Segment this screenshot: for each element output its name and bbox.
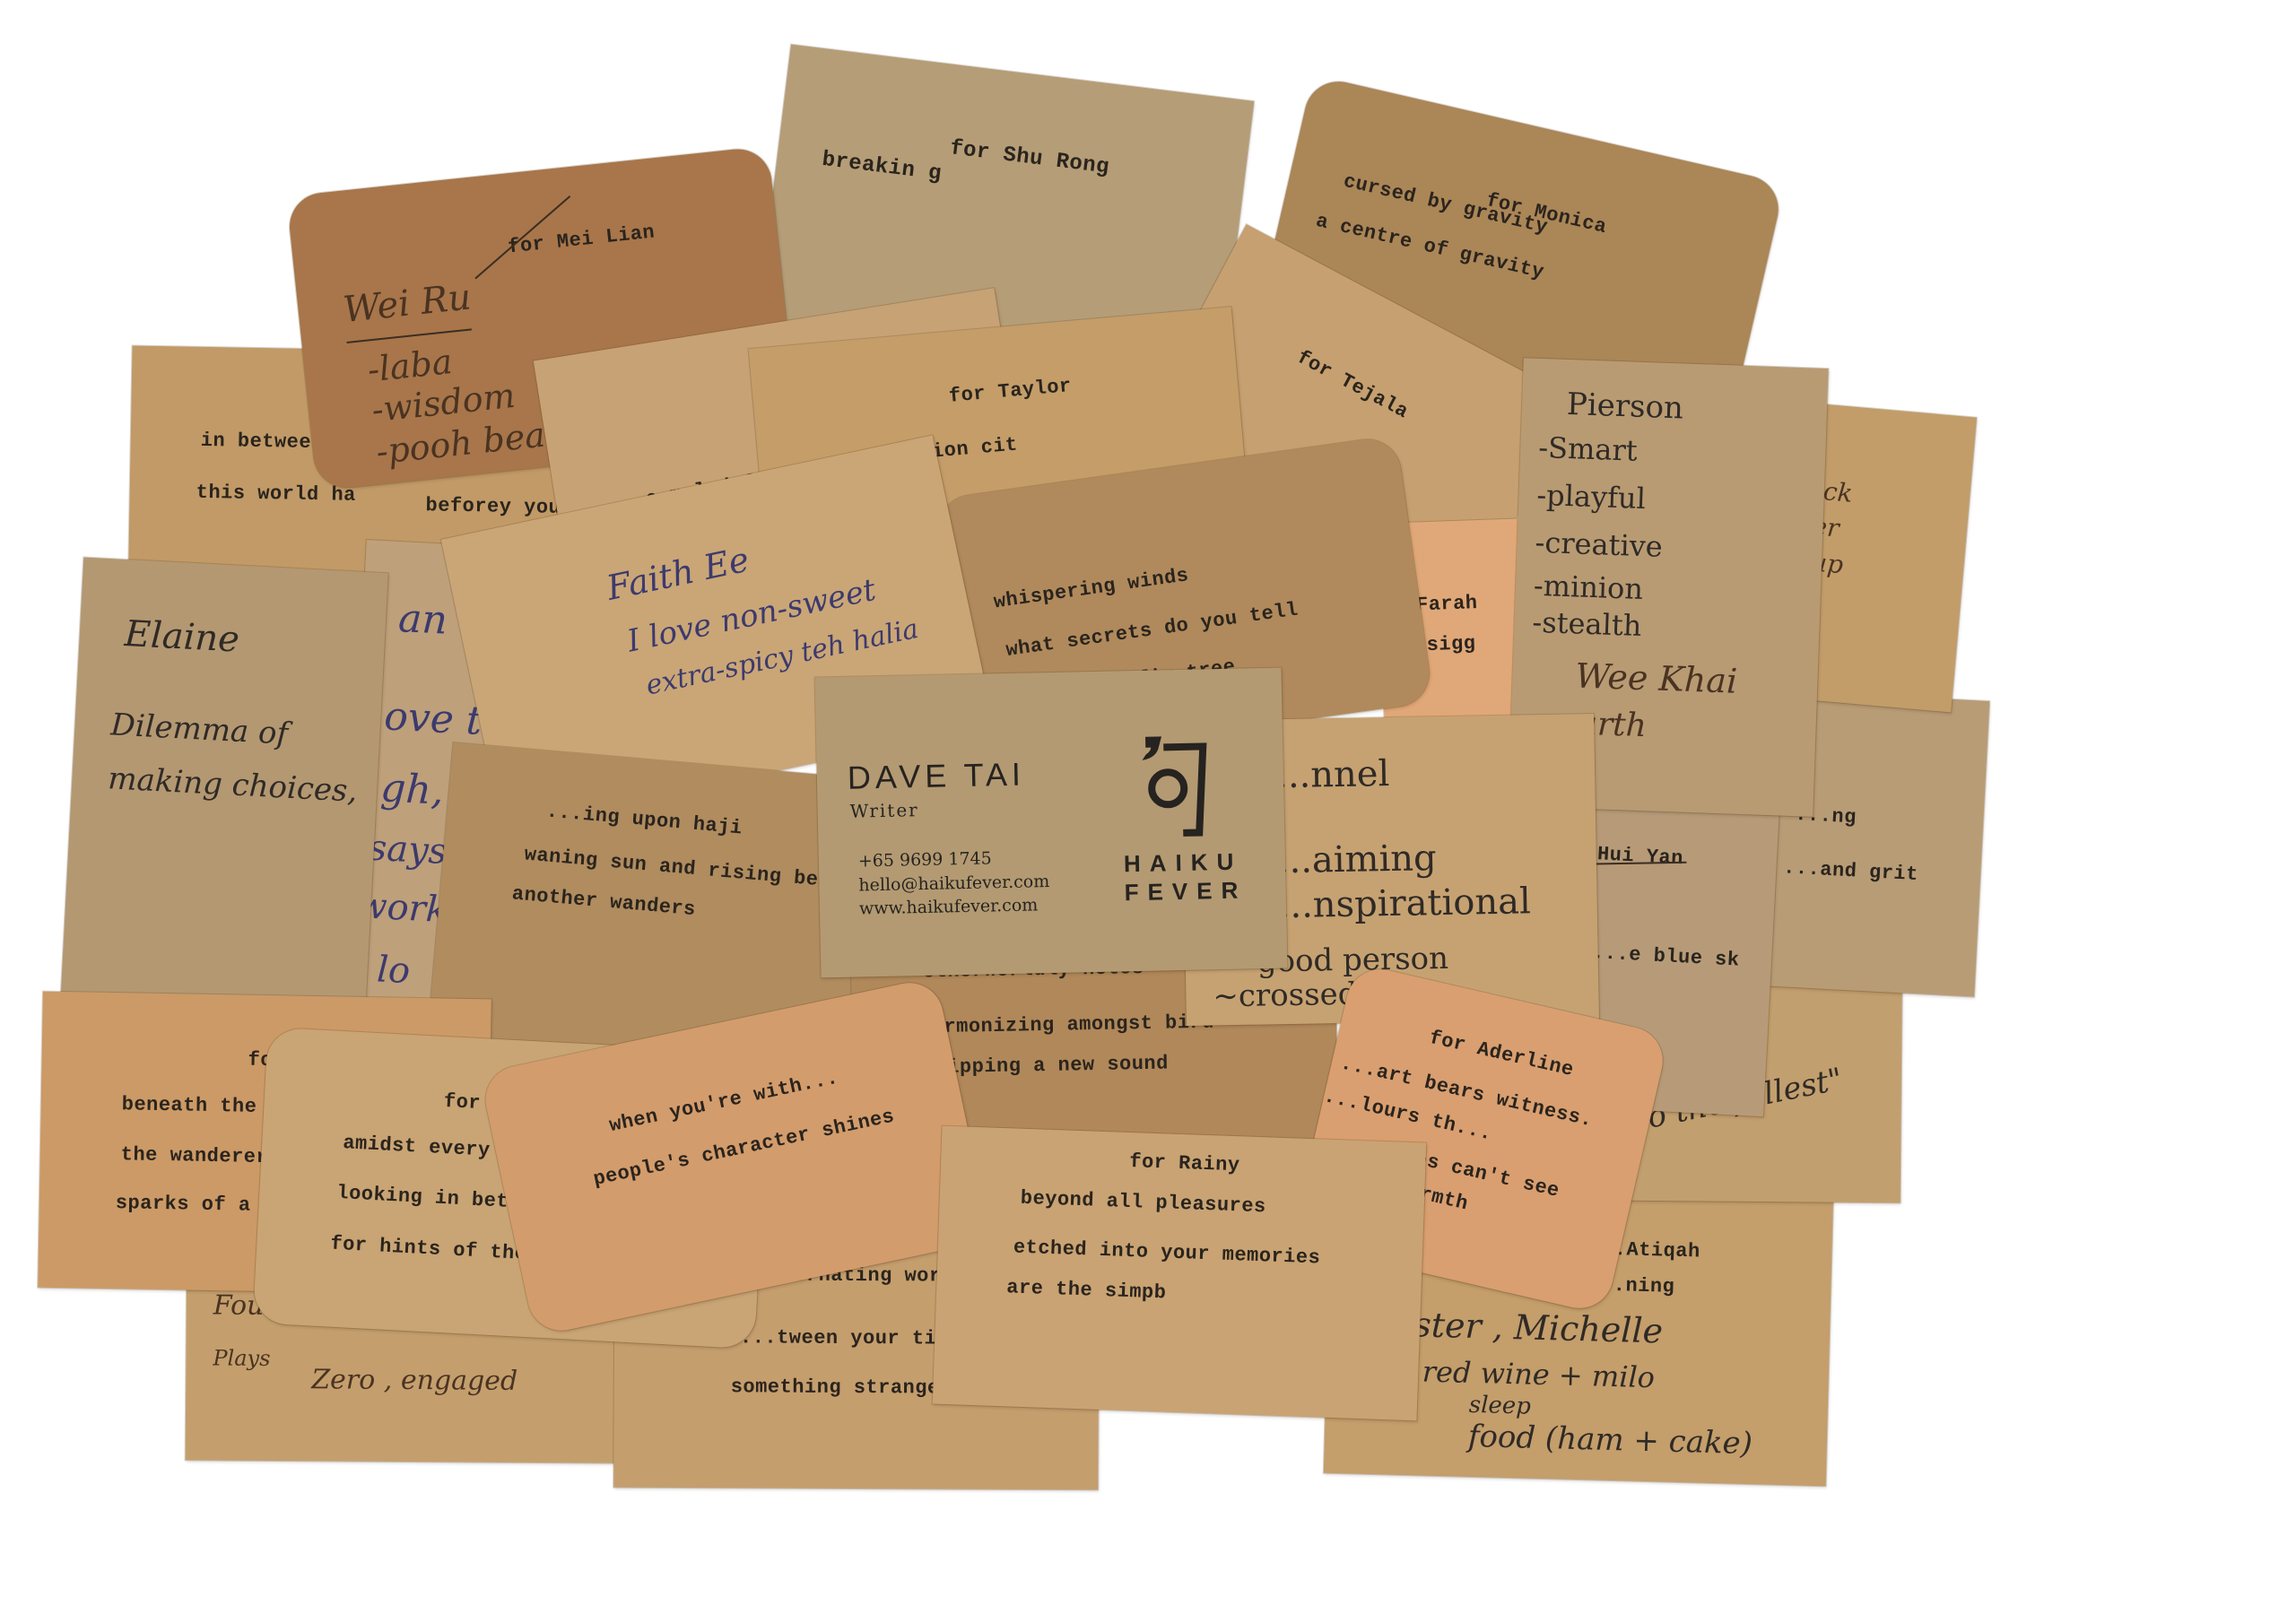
hand-line: ...ster , Michelle [1381, 1304, 1664, 1350]
hand-line: gh, [379, 765, 445, 814]
hand-line: -stealth [1532, 605, 1642, 643]
hand-line: Plays [213, 1345, 270, 1370]
haiku-line: for hints of the [330, 1233, 527, 1265]
card-title: for Aderline [1427, 1027, 1576, 1081]
card-title: for Rainy [1129, 1150, 1240, 1176]
card-title: Farah [1416, 592, 1478, 616]
hand-line: # red wine + milo [1388, 1353, 1655, 1394]
card-title: for Mei Lian [507, 221, 656, 258]
business-card-role: Writer [849, 799, 919, 822]
haiku-line: waning sun and rising bea [524, 843, 831, 892]
hand-name: Pierson [1566, 386, 1683, 427]
haiku-line: sigg [1426, 632, 1476, 656]
haiku-line: ...tween your time [740, 1326, 961, 1350]
hand-line: says [368, 828, 448, 873]
card-title: Hui Yan [1596, 843, 1683, 870]
card-title: for Tejala [1293, 346, 1413, 423]
business-card-name: DAVE TAI [847, 756, 1025, 797]
haiku-line: are the simpb [1006, 1276, 1167, 1304]
haiku-line: in between [201, 430, 324, 454]
hand-line: sleep [1468, 1392, 1531, 1420]
business-card-email: hello@haikufever.com [858, 872, 1049, 895]
card-pile-scene: Fou... Plays Zero , engaged ...ternating… [0, 0, 2296, 1623]
haiku-line: what secrets do you tell [1004, 598, 1300, 662]
hand-line: an [397, 595, 448, 644]
hand-name: Elaine [124, 613, 240, 661]
haiku-line: breakin g [821, 148, 943, 187]
card-rainy: for Rainy beyond all pleasures etched in… [933, 1126, 1426, 1421]
brand-fever: FEVER [1124, 876, 1247, 907]
card-elaine: Elaine Dilemma of making choices, [60, 557, 388, 1020]
hand-line: Wee Khai [1575, 655, 1738, 700]
haiku-line: ...e blue sk [1592, 942, 1741, 972]
haiku-line: another wanders [511, 882, 697, 921]
haiku-line: ...and grit [1783, 856, 1919, 886]
card-title: for Shu Rong [949, 136, 1111, 180]
haiku-line: etched into your memories [1013, 1237, 1320, 1270]
hand-line: -playful [1536, 478, 1647, 516]
haiku-line: dripping a new sound [923, 1053, 1169, 1080]
business-card-phone: +65 9699 1745 [858, 848, 992, 871]
underline [347, 328, 472, 343]
haiku-fever-logo-icon [1126, 732, 1217, 841]
haiku-line: whispering winds [992, 564, 1190, 613]
hand-line: ...nspirational [1278, 881, 1531, 926]
brand-haiku: HAIKU [1124, 848, 1243, 879]
hand-line: food (ham + cake) [1467, 1419, 1752, 1462]
hand-line: -Smart [1538, 430, 1639, 468]
haiku-line: this world ha [196, 482, 357, 507]
haiku-line: the wanderers [121, 1143, 282, 1168]
haiku-line: beneath the s [122, 1093, 283, 1118]
haiku-line: sparks of a r [116, 1192, 276, 1217]
hand-line: ...nnel [1276, 753, 1390, 796]
haiku-line: beyond all pleasures [1020, 1187, 1266, 1219]
hand-line: making choices, [107, 760, 358, 810]
haiku-line: ...ing upon haji [545, 800, 744, 839]
hand-line: Zero , engaged [311, 1364, 517, 1397]
business-card-website: www.haikufever.com [859, 895, 1039, 918]
hand-name: Wei Ru [341, 276, 473, 331]
card-title: for Taylor [948, 375, 1073, 408]
haiku-line: harmonizing amongst bird [919, 1011, 1214, 1039]
hand-line: ...aiming [1277, 838, 1437, 881]
hand-line: -creative [1535, 525, 1663, 564]
haiku-line: beforey you [425, 494, 561, 519]
business-card: DAVE TAI Writer +65 9699 1745 hello@haik… [815, 668, 1288, 978]
hand-line: -minion [1533, 568, 1643, 606]
hand-line: Dilemma of [110, 707, 290, 751]
hand-name: Faith Ee [604, 540, 752, 608]
